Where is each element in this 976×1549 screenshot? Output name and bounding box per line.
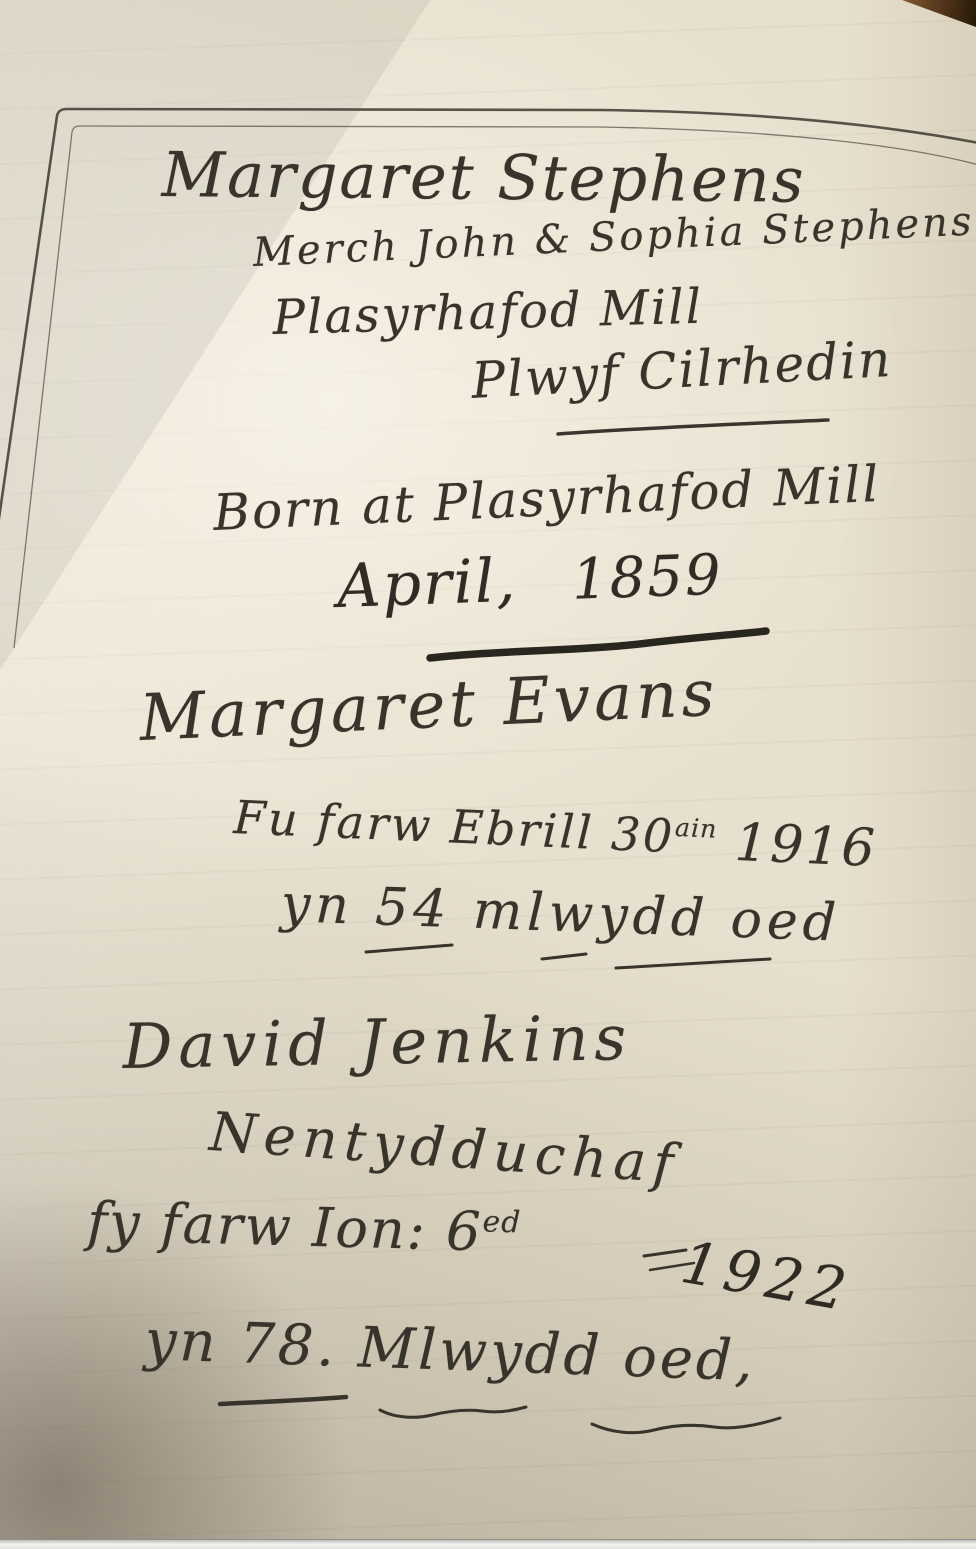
entry3-death-line: fy farw Ion: 6ed bbox=[86, 1190, 521, 1264]
entry1-birth-year: 1859 bbox=[571, 543, 724, 613]
table-corner bbox=[896, 0, 976, 30]
entry2-death-ordinal: ain bbox=[674, 813, 718, 844]
entry2-death-prefix: Fu farw Ebrill 30 bbox=[232, 790, 675, 863]
entry2-age-line: yn 54 mlwydd oed bbox=[280, 874, 842, 954]
entry3-death-year: 1922 bbox=[676, 1228, 857, 1325]
underline-birth-date-heavy bbox=[430, 631, 766, 658]
entry3-name: David Jenkins bbox=[122, 1001, 633, 1083]
entry3-residence: Nentydduchaf bbox=[208, 1100, 683, 1196]
entry3-age-line: yn 78. Mlwydd oed, bbox=[144, 1308, 757, 1394]
underline-oed-entry3-wavy bbox=[592, 1418, 780, 1433]
register-page-photo: Margaret Stephens Merch John & Sophia St… bbox=[0, 0, 976, 1549]
dash-6ed-upper bbox=[644, 1250, 686, 1256]
entry2-name: Margaret Evans bbox=[138, 657, 720, 756]
underline-oed-entry2 bbox=[616, 959, 770, 968]
underline-age-54 bbox=[366, 945, 452, 952]
entry3-death-ordinal: ed bbox=[482, 1204, 521, 1240]
entry2-death-line: Fu farw Ebrill 30ain1916 bbox=[232, 786, 878, 874]
entry1-birth-month: April, bbox=[336, 546, 518, 622]
underline-parish bbox=[558, 420, 828, 434]
entry1-residence: Plasyrhafod Mill bbox=[272, 279, 704, 346]
photo-bottom-edge bbox=[0, 1539, 976, 1549]
entry1-parish: Plwyf Cilrhedin bbox=[470, 330, 894, 410]
underline-mlwydd-dash bbox=[542, 954, 586, 959]
entry1-birth-date: April,1859 bbox=[336, 539, 724, 622]
underline-age-78 bbox=[220, 1397, 346, 1404]
entry2-death-year: 1916 bbox=[734, 813, 879, 879]
entry1-birth-place: Born at Plasyrhafod Mill bbox=[212, 455, 881, 542]
underline-mlwydd-wavy bbox=[380, 1407, 526, 1417]
entry1-name: Margaret Stephens bbox=[161, 138, 805, 217]
entry3-death-prefix: fy farw Ion: 6 bbox=[86, 1190, 483, 1263]
